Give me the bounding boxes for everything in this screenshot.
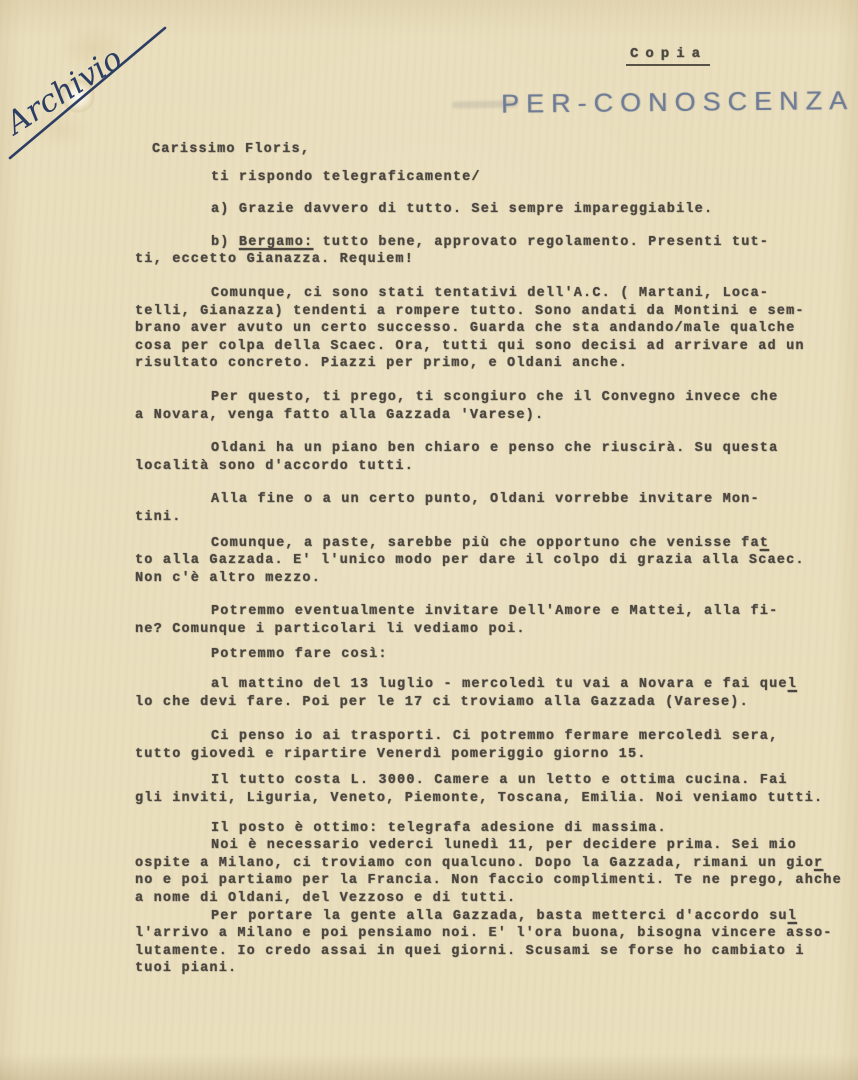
- letter-text: l'arrivo a Milano e poi pensiamo noi. E'…: [135, 926, 833, 941]
- letter-text: Non c'è altro mezzo.: [135, 571, 321, 586]
- letter-text: al mattino del 13 luglio - mercoledì tu …: [211, 677, 788, 692]
- letter-text: ti, eccetto Gianazza. Requiem!: [135, 252, 414, 267]
- letter-line: Oldani ha un piano ben chiaro e penso ch…: [135, 440, 858, 458]
- letter-line: Comunque, a paste, sarebbe più che oppor…: [135, 535, 858, 553]
- letter-line: tuoi piani.: [135, 960, 858, 978]
- letter-line: no e poi partiamo per la Francia. Non fa…: [135, 872, 858, 890]
- letter-text: gli inviti, Liguria, Veneto, Piemonte, T…: [135, 791, 823, 806]
- letter-text: Il tutto costa L. 3000. Camere a un lett…: [211, 773, 788, 788]
- letter-text: Potremmo fare così:: [211, 647, 388, 662]
- letter-line: ti rispondo telegraficamente/: [135, 169, 858, 187]
- letter-text: tuoi piani.: [135, 961, 237, 976]
- letter-line: a) Grazie davvero di tutto. Sei sempre i…: [135, 201, 858, 219]
- underlined-text: Bergamo:: [239, 235, 313, 250]
- per-conoscenza-stamp: PER-CONOSCENZA: [501, 88, 854, 118]
- letter-text: Il posto è ottimo: telegrafa adesione di…: [211, 821, 667, 836]
- letter-line: a Novara, venga fatto alla Gazzada 'Vare…: [135, 407, 858, 425]
- letter-text: tutto bene, approvato regolamento. Prese…: [313, 235, 769, 250]
- letter-text: ne? Comunque i particolari li vediamo po…: [135, 622, 526, 637]
- copia-label: Copia: [626, 47, 710, 66]
- underlined-text: l: [788, 909, 797, 924]
- letter-line: brano aver avuto un certo successo. Guar…: [135, 320, 858, 338]
- letter-text: Potremmo eventualmente invitare Dell'Amo…: [211, 604, 778, 619]
- letter-line: Ci penso io ai trasporti. Ci potremmo fe…: [135, 728, 858, 746]
- letter-line: telli, Gianazza) tendenti a rompere tutt…: [135, 303, 858, 321]
- letter-text: a Novara, venga fatto alla Gazzada 'Vare…: [135, 408, 544, 423]
- letter-text: no e poi partiamo per la Francia. Non fa…: [135, 873, 842, 888]
- letter-text: tini.: [135, 510, 182, 525]
- letter-line: b) Bergamo: tutto bene, approvato regola…: [135, 234, 858, 252]
- letter-line: Non c'è altro mezzo.: [135, 570, 858, 588]
- letter-line: l'arrivo a Milano e poi pensiamo noi. E'…: [135, 925, 858, 943]
- underlined-text: l: [788, 677, 797, 692]
- letter-line: ne? Comunque i particolari li vediamo po…: [135, 621, 858, 639]
- letter-line: tini.: [135, 509, 858, 527]
- letter-line: al mattino del 13 luglio - mercoledì tu …: [135, 676, 858, 694]
- letter-text: ti rispondo telegraficamente/: [211, 170, 481, 185]
- letter-line: Comunque, ci sono stati tentativi dell'A…: [135, 285, 858, 303]
- letter-line: Per portare la gente alla Gazzada, basta…: [135, 908, 858, 926]
- letter-text: località sono d'accordo tutti.: [135, 459, 414, 474]
- letter-text: Per questo, ti prego, ti scongiuro che i…: [211, 390, 778, 405]
- letter-line: Noi è necessario vederci lunedì 11, per …: [135, 837, 858, 855]
- letter-line: Il tutto costa L. 3000. Camere a un lett…: [135, 772, 858, 790]
- letter-line: località sono d'accordo tutti.: [135, 458, 858, 476]
- letter-line: lo che devi fare. Poi per le 17 ci trovi…: [135, 694, 858, 712]
- letter-text: ospite a Milano, ci troviamo con qualcun…: [135, 856, 814, 871]
- underlined-text: t: [760, 536, 769, 551]
- letter-text: Per portare la gente alla Gazzada, basta…: [211, 909, 788, 924]
- letter-text: Ci penso io ai trasporti. Ci potremmo fe…: [211, 729, 778, 744]
- letter-text: telli, Gianazza) tendenti a rompere tutt…: [135, 304, 805, 319]
- letter-line: to alla Gazzada. E' l'unico modo per dar…: [135, 552, 858, 570]
- letter-text: to alla Gazzada. E' l'unico modo per dar…: [135, 553, 805, 568]
- letter-line: tutto giovedì e ripartire Venerdì pomeri…: [135, 746, 858, 764]
- letter-line: risultato concreto. Piazzi per primo, e …: [135, 355, 858, 373]
- letter-text: lutamente. Io credo assai in quei giorni…: [135, 944, 805, 959]
- letter-text: risultato concreto. Piazzi per primo, e …: [135, 356, 628, 371]
- letter-text: Oldani ha un piano ben chiaro e penso ch…: [211, 441, 778, 456]
- letter-line: Il posto è ottimo: telegrafa adesione di…: [135, 820, 858, 838]
- letter-text: tutto giovedì e ripartire Venerdì pomeri…: [135, 747, 647, 762]
- letter-line: Potremmo fare così:: [135, 646, 858, 664]
- handwriting-text: Archivio: [2, 40, 129, 143]
- letter-text: Noi è necessario vederci lunedì 11, per …: [211, 838, 797, 853]
- letter-line: cosa per colpa della Scaec. Ora, tutti q…: [135, 338, 858, 356]
- letter-text: Comunque, ci sono stati tentativi dell'A…: [211, 286, 769, 301]
- letter-line: Per questo, ti prego, ti scongiuro che i…: [135, 389, 858, 407]
- letter-line: Carissimo Floris,: [135, 141, 858, 159]
- letter-line: gli inviti, Liguria, Veneto, Piemonte, T…: [135, 790, 858, 808]
- letter-text: cosa per colpa della Scaec. Ora, tutti q…: [135, 339, 805, 354]
- letter-text: Comunque, a paste, sarebbe più che oppor…: [211, 536, 760, 551]
- letter-page: Archivio Copia PER-CONOSCENZA Carissimo …: [0, 0, 858, 1080]
- letter-line: ti, eccetto Gianazza. Requiem!: [135, 251, 858, 269]
- letter-line: Alla fine o a un certo punto, Oldani vor…: [135, 491, 858, 509]
- letter-line: ospite a Milano, ci troviamo con qualcun…: [135, 855, 858, 873]
- letter-text: a) Grazie davvero di tutto. Sei sempre i…: [211, 202, 713, 217]
- letter-body: Carissimo Floris,ti rispondo telegrafica…: [135, 141, 858, 978]
- letter-line: a nome di Oldani, del Vezzoso e di tutti…: [135, 890, 858, 908]
- letter-text: a nome di Oldani, del Vezzoso e di tutti…: [135, 891, 516, 906]
- letter-line: lutamente. Io credo assai in quei giorni…: [135, 943, 858, 961]
- underlined-text: r: [814, 856, 823, 871]
- letter-text: Alla fine o a un certo punto, Oldani vor…: [211, 492, 760, 507]
- letter-text: b): [211, 235, 239, 250]
- letter-text: brano aver avuto un certo successo. Guar…: [135, 321, 795, 336]
- letter-text: lo che devi fare. Poi per le 17 ci trovi…: [135, 695, 749, 710]
- letter-text: Carissimo Floris,: [152, 142, 310, 157]
- letter-line: Potremmo eventualmente invitare Dell'Amo…: [135, 603, 858, 621]
